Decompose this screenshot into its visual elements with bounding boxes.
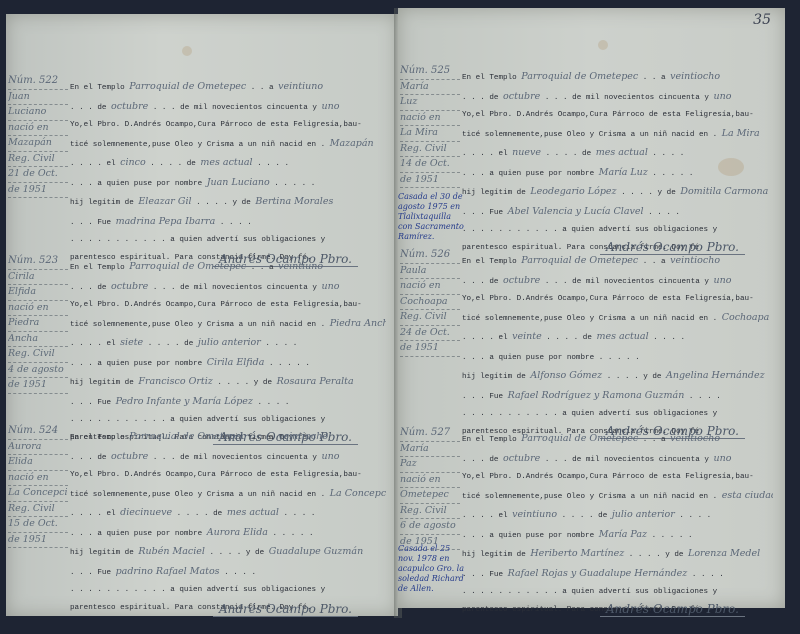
typed-text: el xyxy=(498,512,507,520)
handwritten-month: octubre xyxy=(111,101,148,112)
line-born: ticé solemnemente,puse Oleo y Crisma a u… xyxy=(70,485,386,505)
typed-text: a quien puse por nombre xyxy=(489,532,594,540)
handwritten-year: uno xyxy=(321,281,339,292)
marriage-annotation: Casada el 25 nov. 1978 en acapulco Gro. … xyxy=(398,544,464,594)
typed-text: Fue xyxy=(97,569,111,577)
line-priest: Yo,el Pbro. D.Andrés Ocampo,Cura Párroco… xyxy=(462,469,773,487)
typed-text: el xyxy=(498,334,507,342)
typed-text: el xyxy=(498,150,507,158)
margin-line: Juan xyxy=(8,90,68,106)
typed-text: de xyxy=(489,94,498,102)
line-born: ticé solemnemente,puse Oleo y Crisma a u… xyxy=(462,487,773,507)
handwritten-father: Eleazar Gil xyxy=(138,196,191,207)
typed-text: hij legítim de xyxy=(462,551,526,559)
stain xyxy=(598,40,608,50)
line-born: ticé solemnemente,puse Oleo y Crisma a u… xyxy=(462,125,773,145)
line-date: . . . de octubre . . . de mil noveciento… xyxy=(70,98,386,118)
margin-notes: Núm. 526 Paula nació en Cochoapa Reg. Ci… xyxy=(400,248,460,357)
handwritten-godparents: Pedro Infante y María López xyxy=(116,396,253,407)
handwritten-templo: Parroquial de Ometepec xyxy=(129,431,246,442)
margin-notes: Núm. 527 María Paz nació en Ometepec Reg… xyxy=(400,426,460,550)
typed-text: de xyxy=(97,454,106,462)
handwritten-mother: Rosaura Peralta xyxy=(277,376,354,387)
line-priest: Yo,el Pbro. D.Andrés Ocampo,Cura Párroco… xyxy=(70,467,386,485)
handwritten-mother: Angelina Hernández xyxy=(666,370,765,381)
typed-text: de xyxy=(582,150,591,158)
typed-text: ticé solemnemente,puse Oleo y Crisma a u… xyxy=(70,491,316,499)
typed-text: de mil novecientos cincuenta y xyxy=(180,284,317,292)
margin-line: Reg. Civil xyxy=(400,142,460,158)
typed-text: de mil novecientos cincuenta y xyxy=(180,104,317,112)
line-godparents: . . . Fue Abel Valencia y Lucía Clavel .… xyxy=(462,203,773,223)
entry-body: En el Templo Parroquial de Ometepec . . … xyxy=(70,428,386,617)
handwritten-day: veintiocho xyxy=(670,255,720,266)
stain xyxy=(182,46,192,56)
typed-text: de mil novecientos cincuenta y xyxy=(572,94,709,102)
line-templo: En el Templo Parroquial de Ometepec . . … xyxy=(70,428,386,448)
margin-line: nació en xyxy=(400,473,460,489)
handwritten-father: Francisco Ortiz xyxy=(138,376,212,387)
typed-text: de mil novecientos cincuenta y xyxy=(180,454,317,462)
line-name: . . . a quien puse por nombre María Luz … xyxy=(462,164,773,184)
margin-notes: Núm. 525 María Luz nació en La Mira Reg.… xyxy=(400,64,460,188)
handwritten-place: Mazapán xyxy=(330,138,374,149)
margin-line: La Mira xyxy=(400,126,460,142)
typed-text: de mil novecientos cincuenta y xyxy=(572,278,709,286)
margin-line: Mazapán xyxy=(8,136,68,152)
typed-text: y de xyxy=(233,199,251,207)
marriage-annotation: Casada el 30 de agosto 1975 en Tlalixtaq… xyxy=(398,192,464,242)
margin-line: 24 de Oct. xyxy=(400,326,460,342)
margin-line: 21 de Oct. xyxy=(8,167,68,183)
line-birthdate: . . . . el veintiuno . . . . de julio an… xyxy=(462,506,773,526)
margin-line: 14 de Oct. xyxy=(400,157,460,173)
typed-text: de xyxy=(187,160,196,168)
handwritten-place: Piedra Ancha xyxy=(330,318,386,329)
typed-text: ticé solemnemente,puse Oleo y Crisma a u… xyxy=(462,315,708,323)
margin-notes: Núm. 524 Aurora Elida nació en La Concep… xyxy=(8,424,68,548)
handwritten-born-day: diecinueve xyxy=(120,507,172,518)
typed-text: a quien advertí sus obligaciones y xyxy=(170,416,325,424)
line-godparents: . . . Fue Pedro Infante y María López . … xyxy=(70,393,386,413)
typed-text: hij legítim de xyxy=(462,189,526,197)
entry-number: Núm. 523 xyxy=(8,254,68,270)
handwritten-templo: Parroquial de Ometepec xyxy=(129,261,246,272)
handwritten-place: esta ciudad xyxy=(722,490,773,501)
line-birthdate: . . . . el siete . . . . de julio anteri… xyxy=(70,334,386,354)
margin-line: nació en xyxy=(400,279,460,295)
handwritten-father: Rubén Maciel xyxy=(138,546,205,557)
line-date: . . . de octubre . . . de mil noveciento… xyxy=(70,448,386,468)
handwritten-name: Cirila Elfida xyxy=(207,357,265,368)
line-priest: Yo,el Pbro. D.Andrés Ocampo,Cura Párroco… xyxy=(462,291,773,309)
margin-line: Paz xyxy=(400,457,460,473)
left-register-page: Núm. 522 Juan Luciano nació en Mazapán R… xyxy=(6,14,398,616)
typed-text: de xyxy=(97,104,106,112)
typed-text: Fue xyxy=(97,399,111,407)
typed-text: y de xyxy=(658,189,676,197)
line-templo: En el Templo Parroquial de Ometepec . . … xyxy=(462,430,773,450)
typed-text: y de xyxy=(643,373,661,381)
line-priest: Yo,el Pbro. D.Andrés Ocampo,Cura Párroco… xyxy=(462,107,773,125)
typed-text: ticé solemnemente,puse Oleo y Crisma a u… xyxy=(462,493,708,501)
typed-text: ticé solemnemente,puse Oleo y Crisma a u… xyxy=(462,131,708,139)
line-obligations: . . . . . . . . . . . a quien advertí su… xyxy=(70,232,386,250)
typed-text: de mil novecientos cincuenta y xyxy=(572,456,709,464)
typed-text: de xyxy=(97,284,106,292)
handwritten-father: Leodegario López xyxy=(530,186,616,197)
margin-line: Cirila xyxy=(8,270,68,286)
line-obligations: . . . . . . . . . . . a quien advertí su… xyxy=(70,582,386,600)
line-name: . . . a quien puse por nombre Cirila Elf… xyxy=(70,354,386,374)
typed-text: hij legítim de xyxy=(462,373,526,381)
entry-number: Núm. 526 xyxy=(400,248,460,264)
handwritten-place: La Mira xyxy=(722,128,760,139)
handwritten-godparents: Abel Valencia y Lucía Clavel xyxy=(508,206,644,217)
typed-text: a quien advertí sus obligaciones y xyxy=(562,226,717,234)
margin-line: de 1951 xyxy=(8,533,68,549)
line-birthdate: . . . . el diecinueve . . . . de mes act… xyxy=(70,504,386,524)
typed-text: a quien advertí sus obligaciones y xyxy=(170,236,325,244)
handwritten-godparents: madrina Pepa Ibarra xyxy=(116,216,216,227)
line-name: . . . a quien puse por nombre Juan Lucia… xyxy=(70,174,386,194)
handwritten-month: octubre xyxy=(503,453,540,464)
line-templo: En el Templo Parroquial de Ometepec . . … xyxy=(70,258,386,278)
handwritten-day: veintiuno xyxy=(278,81,323,92)
line-birthdate: . . . . el veinte . . . . de mes actual … xyxy=(462,328,773,348)
handwritten-month: octubre xyxy=(111,281,148,292)
handwritten-day: veintiuno xyxy=(278,261,323,272)
typed-text: a quien puse por nombre xyxy=(97,530,202,538)
line-templo: En el Templo Parroquial de Ometepec . . … xyxy=(70,78,386,98)
typed-text: Fue xyxy=(97,219,111,227)
typed-text: de xyxy=(489,278,498,286)
line-parents: hij legítim de Eleazar Gil . . . . y de … xyxy=(70,193,386,213)
typed-text: y de xyxy=(254,379,272,387)
margin-line: de 1951 xyxy=(8,183,68,199)
typed-text: de xyxy=(489,456,498,464)
margin-notes: Núm. 523 Cirila Elfida nació en Piedra A… xyxy=(8,254,68,394)
handwritten-month: octubre xyxy=(503,275,540,286)
margin-line: Cochoapa xyxy=(400,295,460,311)
typed-text: En el Templo xyxy=(70,84,125,92)
handwritten-born-day: nueve xyxy=(512,147,541,158)
handwritten-mother: Bertina Morales xyxy=(255,196,333,207)
margin-line: nació en xyxy=(8,471,68,487)
line-birthdate: . . . . el nueve . . . . de mes actual .… xyxy=(462,144,773,164)
line-godparents: . . . Fue padrino Rafael Matos . . . . xyxy=(70,563,386,583)
handwritten-father: Alfonso Gómez xyxy=(530,370,602,381)
line-date: . . . de octubre . . . de mil noveciento… xyxy=(462,272,773,292)
typed-text: de xyxy=(184,340,193,348)
handwritten-name: María Luz xyxy=(599,167,648,178)
typed-text: Fue xyxy=(489,209,503,217)
handwritten-mother: Domitila Carmona xyxy=(680,186,768,197)
typed-text: el xyxy=(106,340,115,348)
line-parents: hij legítim de Leodegario López . . . . … xyxy=(462,183,773,203)
handwritten-name: María Paz xyxy=(599,529,647,540)
line-parents: hij legítim de Alfonso Gómez . . . . y d… xyxy=(462,367,773,387)
margin-line: Luciano xyxy=(8,105,68,121)
handwritten-born-month: mes actual xyxy=(596,331,648,342)
entry-body: En el Templo Parroquial de Ometepec . . … xyxy=(70,258,386,447)
handwritten-father: Heriberto Martínez xyxy=(530,548,624,559)
handwritten-templo: Parroquial de Ometepec xyxy=(521,71,638,82)
typed-text: el xyxy=(106,160,115,168)
typed-text: y de xyxy=(665,551,683,559)
typed-text: En el Templo xyxy=(462,436,517,444)
typed-text: a quien advertí sus obligaciones y xyxy=(170,586,325,594)
line-obligations: . . . . . . . . . . . a quien advertí su… xyxy=(462,406,773,424)
entry-body: En el Templo Parroquial de Ometepec . . … xyxy=(462,430,773,619)
handwritten-born-day: veintiuno xyxy=(512,509,557,520)
handwritten-born-month: mes actual xyxy=(227,507,279,518)
folio-number: 35 xyxy=(753,12,771,28)
margin-line: de 1951 xyxy=(8,378,68,394)
typed-text: a quien advertí sus obligaciones y xyxy=(562,410,717,418)
handwritten-place: La Concepción xyxy=(330,488,386,499)
typed-text: ticé solemnemente,puse Oleo y Crisma a u… xyxy=(70,141,316,149)
margin-line: nació en xyxy=(8,121,68,137)
handwritten-born-month: julio anterior xyxy=(612,509,675,520)
handwritten-day: veintiocho xyxy=(670,433,720,444)
margin-line: Aurora xyxy=(8,440,68,456)
handwritten-year: uno xyxy=(713,91,731,102)
margin-line: Ometepec xyxy=(400,488,460,504)
typed-text: de xyxy=(598,512,607,520)
handwritten-born-month: julio anterior xyxy=(198,337,261,348)
entry-body: En el Templo Parroquial de Ometepec . . … xyxy=(462,68,773,257)
margin-line: Elida xyxy=(8,455,68,471)
typed-text: hij legítim de xyxy=(70,549,134,557)
line-obligations: . . . . . . . . . . . a quien advertí su… xyxy=(462,222,773,240)
handwritten-mother: Guadalupe Guzmán xyxy=(269,546,364,557)
entry-number: Núm. 522 xyxy=(8,74,68,90)
margin-line: de 1951 xyxy=(400,341,460,357)
margin-line: Elfida xyxy=(8,285,68,301)
handwritten-born-day: cinco xyxy=(120,157,146,168)
right-register-page: 35 Núm. 525 María Luz nació en La Mira R… xyxy=(398,8,785,608)
typed-text: y de xyxy=(246,549,264,557)
line-priest: Yo,el Pbro. D.Andrés Ocampo,Cura Párroco… xyxy=(70,297,386,315)
typed-text: a quien puse por nombre xyxy=(97,180,202,188)
handwritten-godparents: Rafael Rodríguez y Ramona Guzmán xyxy=(508,390,685,401)
entry-number: Núm. 524 xyxy=(8,424,68,440)
margin-line: nació en xyxy=(8,301,68,317)
handwritten-templo: Parroquial de Ometepec xyxy=(521,255,638,266)
typed-text: a quien puse por nombre xyxy=(489,354,594,362)
entry-number: Núm. 527 xyxy=(400,426,460,442)
line-godparents: . . . Fue madrina Pepa Ibarra . . . . xyxy=(70,213,386,233)
handwritten-year: uno xyxy=(321,101,339,112)
typed-text: En el Templo xyxy=(462,74,517,82)
margin-notes: Núm. 522 Juan Luciano nació en Mazapán R… xyxy=(8,74,68,198)
line-templo: En el Templo Parroquial de Ometepec . . … xyxy=(462,68,773,88)
line-born: ticé solemnemente,puse Oleo y Crisma a u… xyxy=(70,135,386,155)
line-date: . . . de octubre . . . de mil noveciento… xyxy=(462,88,773,108)
line-parents: hij legítim de Rubén Maciel . . . . y de… xyxy=(70,543,386,563)
margin-line: nació en xyxy=(400,111,460,127)
line-parents: hij legítim de Francisco Ortiz . . . . y… xyxy=(70,373,386,393)
priest-signature: Andrés Ocampo Pbro. xyxy=(213,602,358,617)
line-templo: En el Templo Parroquial de Ometepec . . … xyxy=(462,252,773,272)
handwritten-year: uno xyxy=(713,453,731,464)
margin-line: Reg. Civil xyxy=(8,152,68,168)
margin-line: Luz xyxy=(400,95,460,111)
line-name: . . . a quien puse por nombre Aurora Eli… xyxy=(70,524,386,544)
typed-text: En el Templo xyxy=(70,264,125,272)
handwritten-month: octubre xyxy=(111,451,148,462)
line-godparents: . . . Fue Rafael Rojas y Guadalupe Herná… xyxy=(462,565,773,585)
handwritten-year: uno xyxy=(713,275,731,286)
margin-line: Reg. Civil xyxy=(400,504,460,520)
margin-line: 4 de agosto xyxy=(8,363,68,379)
typed-text: de xyxy=(583,334,592,342)
typed-text: hij legítim de xyxy=(70,379,134,387)
typed-text: el xyxy=(106,510,115,518)
line-godparents: . . . Fue Rafael Rodríguez y Ramona Guzm… xyxy=(462,387,773,407)
margin-line: Reg. Civil xyxy=(8,502,68,518)
typed-text: de xyxy=(213,510,222,518)
margin-line: Reg. Civil xyxy=(8,347,68,363)
handwritten-place: Cochoapa xyxy=(722,312,770,323)
margin-line: Reg. Civil xyxy=(400,310,460,326)
handwritten-godparents: padrino Rafael Matos xyxy=(116,566,220,577)
handwritten-year: uno xyxy=(321,451,339,462)
margin-line: Ancha xyxy=(8,332,68,348)
priest-signature: Andrés Ocampo Pbro. xyxy=(600,602,745,617)
typed-text: En el Templo xyxy=(462,258,517,266)
typed-text: a quien puse por nombre xyxy=(489,170,594,178)
handwritten-day: veintiocho xyxy=(278,431,328,442)
line-born: ticé solemnemente,puse Oleo y Crisma a u… xyxy=(70,315,386,335)
typed-text: En el Templo xyxy=(70,434,125,442)
handwritten-name: Aurora Elida xyxy=(207,527,268,538)
handwritten-born-month: mes actual xyxy=(200,157,252,168)
margin-line: María xyxy=(400,442,460,458)
handwritten-born-month: mes actual xyxy=(596,147,648,158)
handwritten-templo: Parroquial de Ometepec xyxy=(129,81,246,92)
line-obligations: . . . . . . . . . . . a quien advertí su… xyxy=(70,412,386,430)
typed-text: Fue xyxy=(489,571,503,579)
typed-text: a quien puse por nombre xyxy=(97,360,202,368)
margin-line: 6 de agosto xyxy=(400,519,460,535)
line-birthdate: . . . . el cinco . . . . de mes actual .… xyxy=(70,154,386,174)
line-name: . . . a quien puse por nombre María Paz … xyxy=(462,526,773,546)
margin-line: Paula xyxy=(400,264,460,280)
typed-text: a quien advertí sus obligaciones y xyxy=(562,588,717,596)
line-date: . . . de octubre . . . de mil noveciento… xyxy=(462,450,773,470)
line-obligations: . . . . . . . . . . . a quien advertí su… xyxy=(462,584,773,602)
typed-text: Fue xyxy=(489,393,503,401)
entry-body: En el Templo Parroquial de Ometepec . . … xyxy=(70,78,386,267)
typed-text: ticé solemnemente,puse Oleo y Crisma a u… xyxy=(70,321,316,329)
line-date: . . . de octubre . . . de mil noveciento… xyxy=(70,278,386,298)
handwritten-mother: Lorenza Medel xyxy=(688,548,760,559)
entry-number: Núm. 525 xyxy=(400,64,460,80)
handwritten-templo: Parroquial de Ometepec xyxy=(521,433,638,444)
margin-line: 15 de Oct. xyxy=(8,517,68,533)
margin-line: La Concepción xyxy=(8,486,68,502)
handwritten-born-day: veinte xyxy=(512,331,542,342)
line-parents: hij legítim de Heriberto Martínez . . . … xyxy=(462,545,773,565)
margin-line: de 1951 xyxy=(400,173,460,189)
margin-line: Piedra xyxy=(8,316,68,332)
entry-body: En el Templo Parroquial de Ometepec . . … xyxy=(462,252,773,441)
handwritten-day: veintiocho xyxy=(670,71,720,82)
handwritten-born-day: siete xyxy=(120,337,143,348)
line-name: . . . a quien puse por nombre . . . . . xyxy=(462,348,773,368)
handwritten-name: Juan Luciano xyxy=(207,177,270,188)
handwritten-month: octubre xyxy=(503,91,540,102)
margin-line: María xyxy=(400,80,460,96)
typed-text: hij legítim de xyxy=(70,199,134,207)
handwritten-godparents: Rafael Rojas y Guadalupe Hernández xyxy=(508,568,688,579)
line-born: ticé solemnemente,puse Oleo y Crisma a u… xyxy=(462,309,773,329)
line-priest: Yo,el Pbro. D.Andrés Ocampo,Cura Párroco… xyxy=(70,117,386,135)
